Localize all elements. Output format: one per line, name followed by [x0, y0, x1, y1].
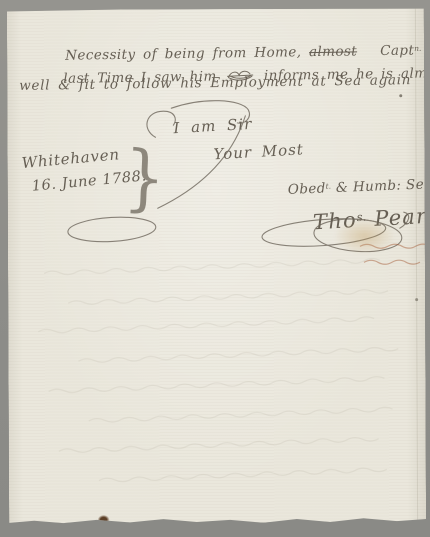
paper-speck	[399, 94, 402, 97]
ink-stain	[334, 218, 396, 254]
date-brace-flourish: }	[122, 142, 166, 213]
dateline-place: Whitehaven	[21, 145, 121, 172]
closing-your-most: Your Most	[213, 140, 304, 163]
photo-background: Necessity of being from Home, almost Cap…	[0, 0, 430, 537]
ghost-writing	[38, 258, 399, 483]
letter-page: Necessity of being from Home, almost Cap…	[7, 8, 426, 524]
closing-i-am-sir: I am Sir	[173, 115, 253, 137]
paper-speck	[97, 514, 110, 523]
